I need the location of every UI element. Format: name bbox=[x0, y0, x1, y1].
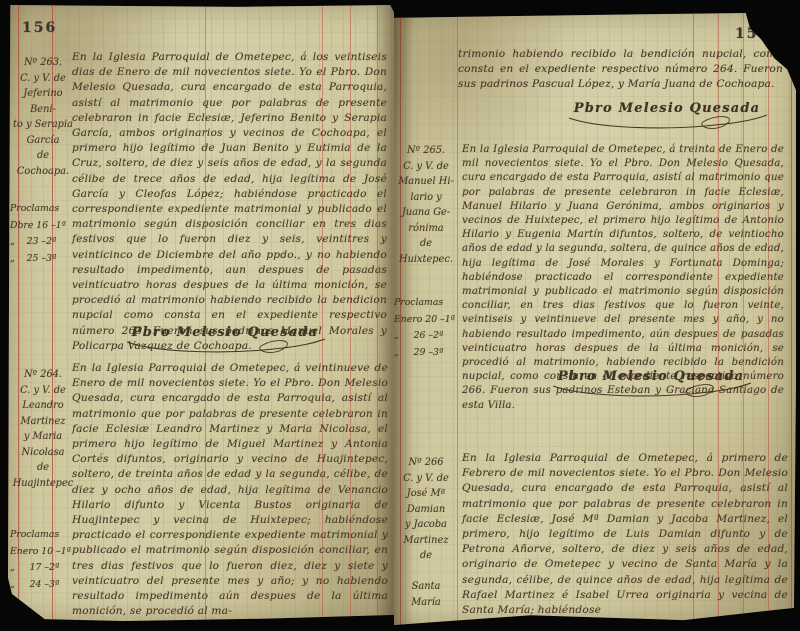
record-263-priest-signature: Pbro Melesio Quesada bbox=[120, 321, 330, 355]
record-264-priest-signature: Pbro Melesio Quesada bbox=[562, 97, 772, 131]
record-264-body: En la Iglesia Parroquial de Ometepec, á … bbox=[72, 361, 388, 619]
record-263-proclamas-note: Proclamas Dbre 16 –1ª „ 23 –2ª „ 25 –3ª bbox=[10, 201, 74, 267]
record-264-margin-note: Nº 264. C. y V. de Leandro Martinez y Ma… bbox=[12, 367, 74, 491]
ledger-book: 156 Nº 263. C. y V. de Jeferino Beni- to… bbox=[0, 0, 800, 631]
record-265-proclamas-note: Proclamas Enero 20 –1ª „ 26 –2ª „ 29 –3ª bbox=[394, 295, 458, 361]
signature-text: Pbro Melesio Quesada bbox=[574, 101, 761, 116]
record-264-proclamas-note: Proclamas Enero 10 –1ª „ 17 –2ª „ 24 –3ª bbox=[10, 527, 76, 593]
record-265-margin-note: Nº 265. C. y V. de Manuel Hi- lario y Ju… bbox=[396, 143, 456, 267]
red-ruling-line bbox=[791, 13, 792, 625]
record-263-body: En la Iglesia Parroquial de Ometepec, á … bbox=[72, 50, 387, 354]
record-264-continuation-body: trimonio habiendo recibido la bendición … bbox=[458, 47, 783, 93]
record-266-margin-note: Nº 266 C. y V. de José Mª Damian y Jacob… bbox=[396, 455, 456, 610]
record-263-margin-note: Nº 263. C. y V. de Jeferino Beni- to y S… bbox=[12, 55, 74, 179]
signature-text: Pbro Melesio Quesada bbox=[558, 369, 745, 384]
page-number-stamp: 156 bbox=[22, 20, 57, 36]
record-265-priest-signature: Pbro Melesio Quesada bbox=[546, 365, 756, 399]
page-number-stamp: 157 bbox=[735, 26, 770, 42]
left-page: 156 Nº 263. C. y V. de Jeferino Beni- to… bbox=[8, 5, 394, 621]
record-266-body: En la Iglesia Parroquial de Ometepec, á … bbox=[462, 451, 788, 618]
signature-text: Pbro Melesio Quesada bbox=[132, 325, 319, 340]
right-page: 157 trimonio habiendo recibido la bendic… bbox=[394, 13, 796, 625]
